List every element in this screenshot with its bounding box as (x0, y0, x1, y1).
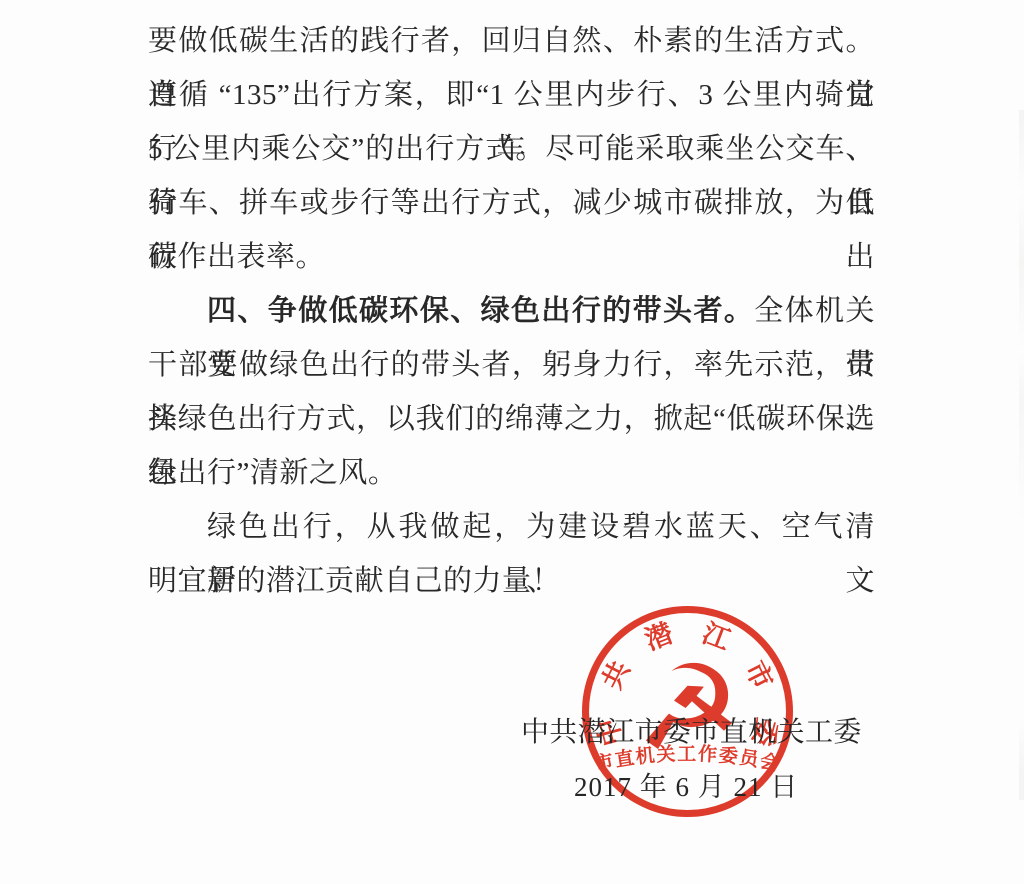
signature-org: 中共潜江市委市直机关工委 (521, 713, 862, 753)
body-line: 要做低碳生活的践行者，回归自然、朴素的生活方式。自觉 (148, 14, 875, 68)
seal-arc-char: 市 (739, 656, 778, 694)
body-line: 行车、拼车或步行等出行方式，减少城市碳排放，为低碳出 (148, 176, 875, 230)
text-segment: 明宜居的潜江贡献自己的力量！ (148, 565, 561, 597)
body-line: 择绿色出行方式，以我们的绵薄之力，掀起“低碳环保、绿 (148, 392, 875, 446)
body-line: 绿色出行，从我做起，为建设碧水蓝天、空气清新、文 (148, 500, 875, 554)
seal-arc-char: 共 (597, 656, 636, 694)
body-line: 干部要做绿色出行的带头者，躬身力行，率先示范，带头选 (148, 338, 875, 392)
body-text: 要做低碳生活的践行者，回归自然、朴素的生活方式。自觉遵循 “135”出行方案，即… (148, 14, 875, 608)
document-page: 要做低碳生活的践行者，回归自然、朴素的生活方式。自觉遵循 “135”出行方案，即… (0, 0, 1024, 884)
text-segment: 行作出表率。 (148, 241, 325, 273)
scan-edge-artifact (1019, 110, 1024, 800)
heading-segment: 四、争做低碳环保、绿色出行的带头者。 (207, 295, 754, 327)
signature-date: 2017 年 6 月 21 日 (574, 768, 798, 806)
text-segment: 色出行”清新之风。 (148, 457, 397, 489)
body-line: 遵循 “135”出行方案，即“1 公里内步行、3 公里内骑自行车、 (148, 68, 875, 122)
body-line: 色出行”清新之风。 (148, 446, 875, 500)
body-line: 5 公里内乘公交”的出行方式。尽可能采取乘坐公交车、骑自 (148, 122, 875, 176)
body-line: 四、争做低碳环保、绿色出行的带头者。全体机关党员 (148, 284, 875, 338)
